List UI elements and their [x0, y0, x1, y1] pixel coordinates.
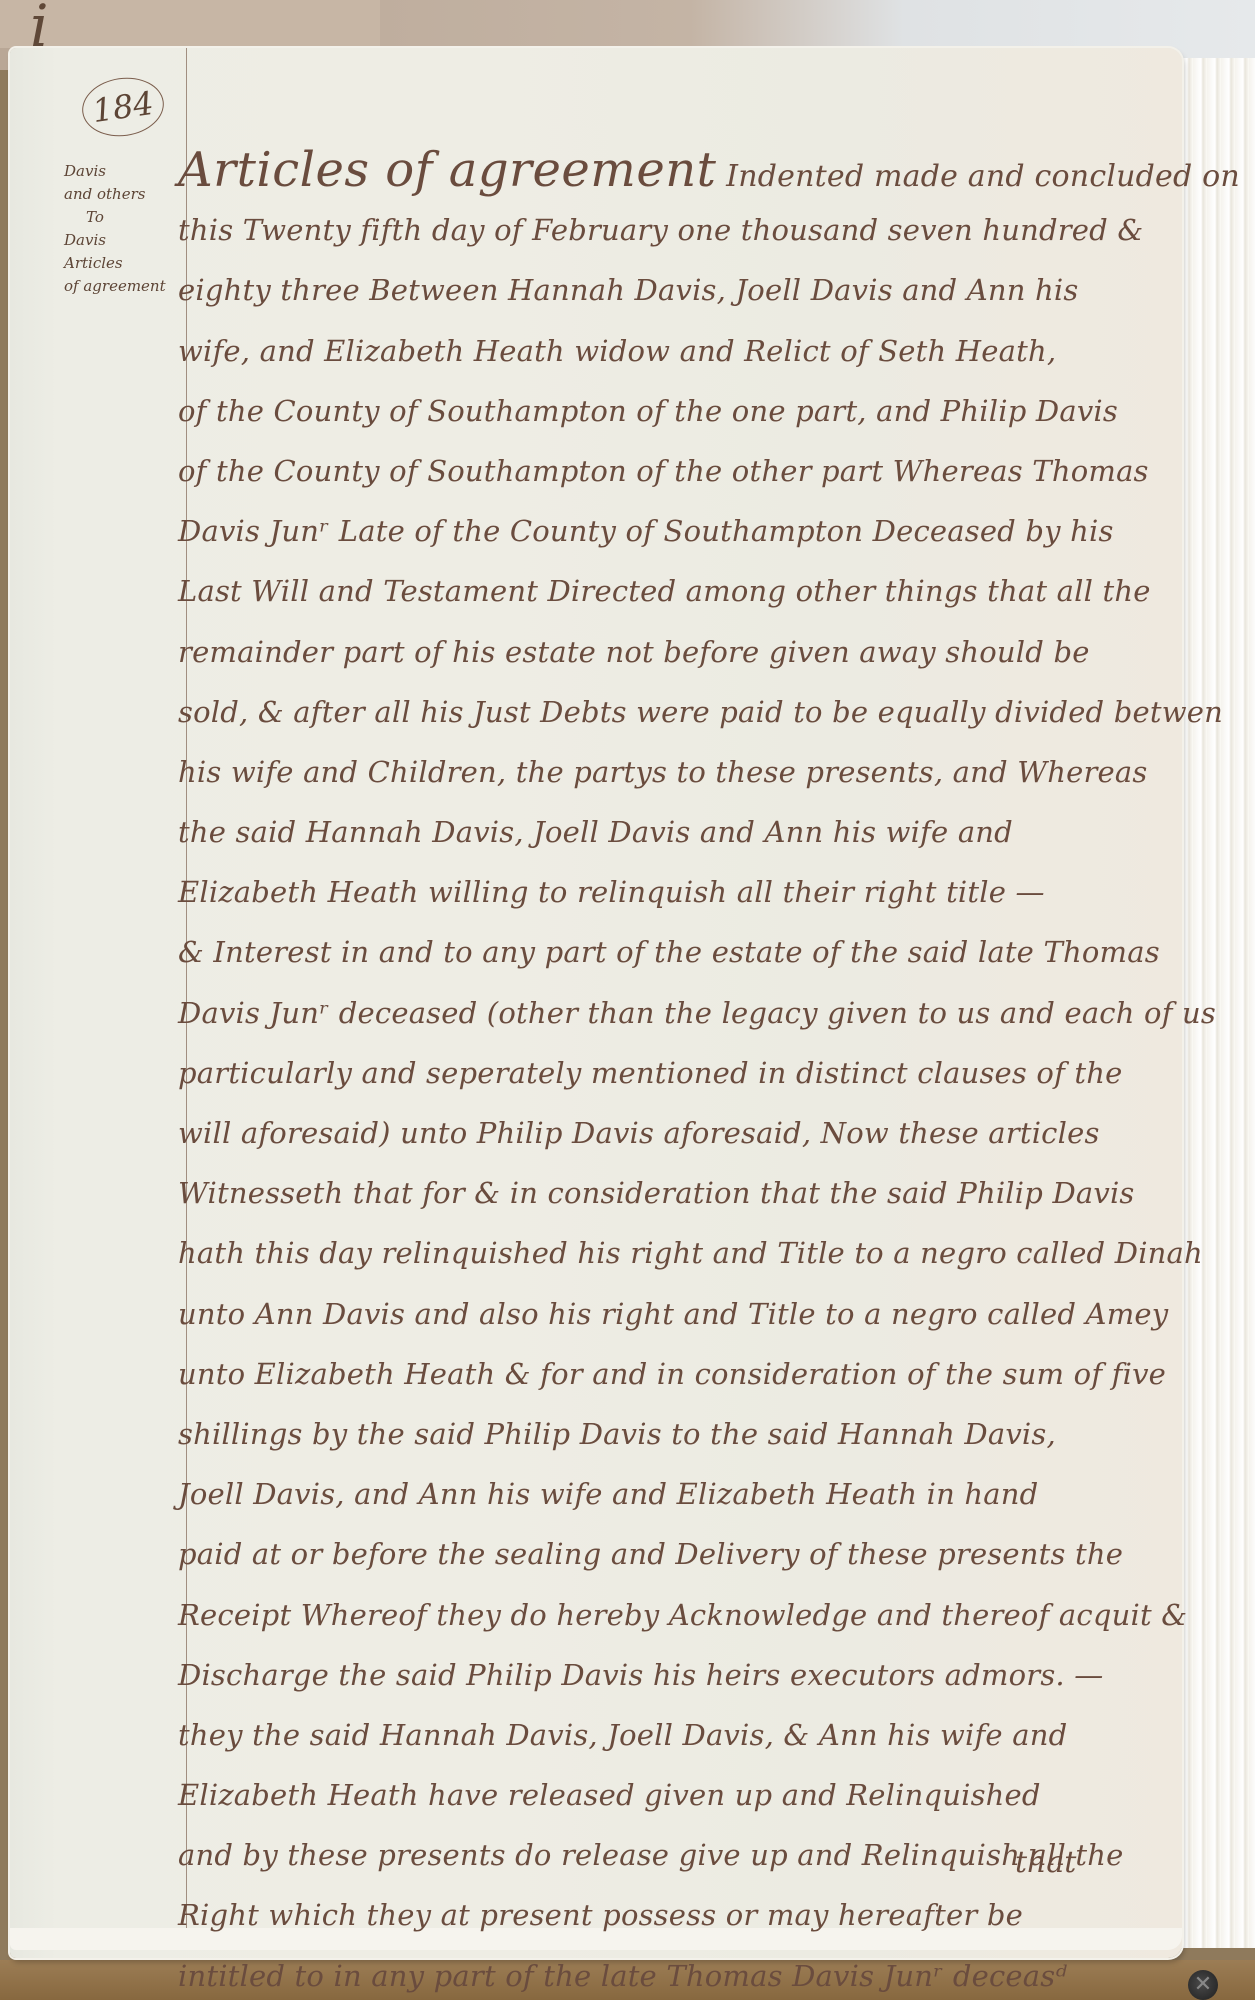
text-line: unto Elizabeth Heath & for and in consid… — [178, 1344, 1183, 1404]
document-body: Articles of agreement Indented made and … — [178, 140, 1183, 2000]
text-line: eighty three Between Hannah Davis, Joell… — [178, 260, 1183, 320]
text-line: & Interest in and to any part of the est… — [178, 922, 1183, 982]
text-line: particularly and seperately mentioned in… — [178, 1043, 1183, 1103]
screw-icon: ✕ — [1188, 1970, 1218, 2000]
document-title: Articles of agreement — [178, 142, 716, 198]
text-line: remainder part of his estate not before … — [178, 622, 1183, 682]
text-line: Joell Davis, and Ann his wife and Elizab… — [178, 1464, 1183, 1524]
marginal-note-line: Davis — [64, 229, 186, 252]
text-line: Articles of agreement Indented made and … — [178, 140, 1183, 200]
text-line: sold, & after all his Just Debts were pa… — [178, 682, 1183, 742]
marginal-note-line: and others — [64, 183, 186, 206]
text-line-content: Indented made and concluded on — [716, 159, 1240, 194]
text-line: will aforesaid) unto Philip Davis afores… — [178, 1103, 1183, 1163]
text-line: unto Ann Davis and also his right and Ti… — [178, 1284, 1183, 1344]
text-line: Davis Junʳ deceased (other than the lega… — [178, 983, 1183, 1043]
text-line: of the County of Southampton of the othe… — [178, 441, 1183, 501]
text-line: Elizabeth Heath have released given up a… — [178, 1765, 1183, 1825]
text-line: intitled to in any part of the late Thom… — [178, 1946, 1183, 2000]
text-line: this Twenty fifth day of February one th… — [178, 200, 1183, 260]
marginal-note: Davis and others To Davis Articles of ag… — [64, 160, 186, 298]
text-line: they the said Hannah Davis, Joell Davis,… — [178, 1705, 1183, 1765]
text-line: hath this day relinquished his right and… — [178, 1223, 1183, 1283]
marginal-note-line: of agreement — [64, 275, 186, 298]
text-line: Discharge the said Philip Davis his heir… — [178, 1645, 1183, 1705]
text-line: Davis Junʳ Late of the County of Southam… — [178, 501, 1183, 561]
text-line: Elizabeth Heath willing to relinquish al… — [178, 862, 1183, 922]
marginal-note-line: Davis — [64, 160, 186, 183]
text-line: his wife and Children, the partys to the… — [178, 742, 1183, 802]
text-line: the said Hannah Davis, Joell Davis and A… — [178, 802, 1183, 862]
text-line: Witnesseth that for & in consideration t… — [178, 1163, 1183, 1223]
text-line: paid at or before the sealing and Delive… — [178, 1524, 1183, 1584]
text-line: shillings by the said Philip Davis to th… — [178, 1404, 1183, 1464]
text-line: Right which they at present possess or m… — [178, 1885, 1183, 1945]
text-line: of the County of Southampton of the one … — [178, 381, 1183, 441]
text-line: Receipt Whereof they do hereby Acknowled… — [178, 1585, 1183, 1645]
marginal-note-line: To — [64, 206, 186, 229]
previous-page-edge: i — [0, 0, 380, 48]
text-line: Last Will and Testament Directed among o… — [178, 561, 1183, 621]
marginal-note-line: Articles — [64, 252, 186, 275]
catchword: that — [1015, 1845, 1076, 1880]
text-line: wife, and Elizabeth Heath widow and Reli… — [178, 321, 1183, 381]
